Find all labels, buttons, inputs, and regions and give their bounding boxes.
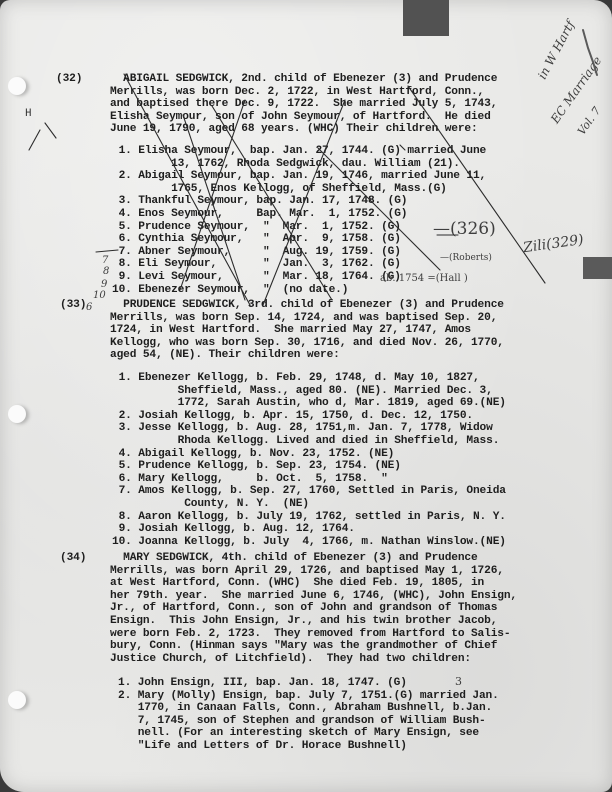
pen-strokes (0, 0, 612, 792)
document-page: (32) ABIGAIL SEDGWICK, 2nd. child of Ebe… (0, 0, 612, 792)
